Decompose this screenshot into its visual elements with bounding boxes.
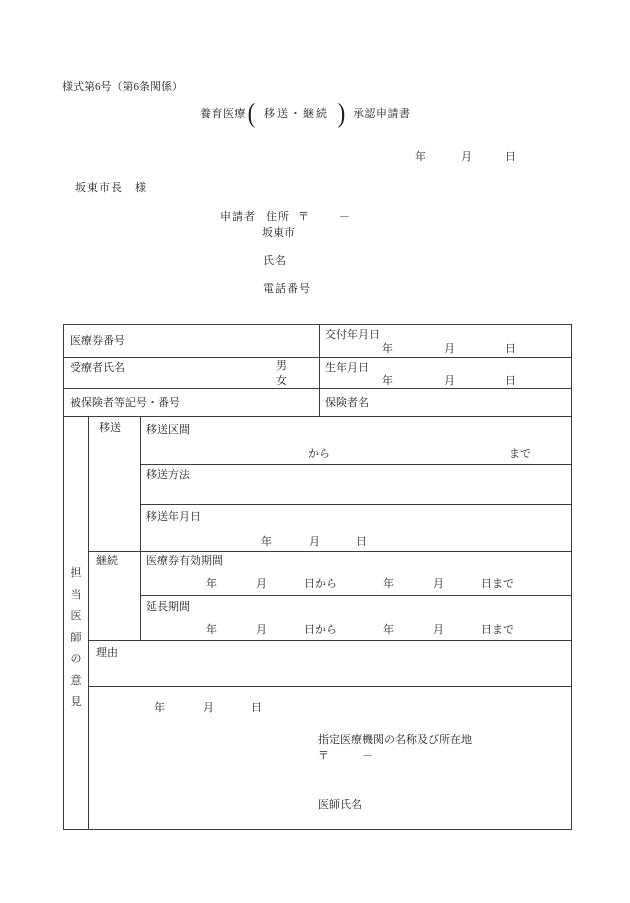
issue-date-label: 交付年月日 <box>325 329 380 342</box>
transfer-date-year-label: 年 <box>261 536 272 549</box>
application-date-day-label: 日 <box>505 151 516 164</box>
cell-transfer-method: 移送方法 <box>141 465 572 505</box>
extension-start-month-label: 月 <box>256 624 267 637</box>
cell-transfer: 移送 <box>89 417 141 552</box>
validity-start-dayfrom-label: 日から <box>304 578 337 591</box>
sex-female-label: 女 <box>276 375 287 388</box>
title-inner: 移送・継続 <box>264 108 329 121</box>
validity-start-month-label: 月 <box>256 578 267 591</box>
transfer-date-label: 移送年月日 <box>146 511 201 524</box>
extension-period-label: 延長期間 <box>146 601 190 614</box>
transfer-method-label: 移送方法 <box>146 469 190 482</box>
cell-doctor-opinion: 担当医師の意見 <box>64 417 89 830</box>
continuation-label: 継続 <box>96 555 118 568</box>
signature-date-month-label: 月 <box>203 702 214 715</box>
doctor-opinion-label: 担当医師の意見 <box>70 563 82 714</box>
applicant-city: 坂東市 <box>262 227 295 240</box>
title-prefix: 養育医療 <box>200 108 246 121</box>
title-suffix: 承認申請書 <box>353 108 411 121</box>
applicant-phone-label: 電話番号 <box>263 283 311 296</box>
form-page: 様式第6号（第6条関係） 養育医療 ( 移送・継続 ) 承認申請書 年 月 日 … <box>0 0 630 903</box>
cell-insured-symbol-no: 被保険者等記号・番号 <box>64 389 320 417</box>
transfer-from-label: から <box>308 448 330 461</box>
form-title: 養育医療 ( 移送・継続 ) 承認申請書 <box>200 99 411 129</box>
insured-symbol-no-label: 被保険者等記号・番号 <box>70 397 180 410</box>
validity-end-year-label: 年 <box>383 578 394 591</box>
cell-birth-date: 生年月日 年 月 日 <box>320 358 572 389</box>
issue-date-month-label: 月 <box>444 343 455 356</box>
extension-end-year-label: 年 <box>383 624 394 637</box>
reason-label: 理由 <box>96 647 118 660</box>
birth-date-day-label: 日 <box>505 375 516 388</box>
cell-continuation: 継続 <box>89 552 141 641</box>
transfer-to-label: まで <box>509 448 531 461</box>
cell-transfer-section: 移送区間 から まで <box>141 417 572 465</box>
cell-validity-period: 医療券有効期間 年 月 日から 年 月 日まで <box>141 552 572 596</box>
cell-issue-date: 交付年月日 年 月 日 <box>320 325 572 358</box>
insurer-name-label: 保険者名 <box>325 397 369 410</box>
applicant-address-label: 住所 <box>266 211 290 224</box>
applicant-postal-mark: 〒 <box>298 211 309 224</box>
birth-date-month-label: 月 <box>444 375 455 388</box>
validity-start-year-label: 年 <box>206 578 217 591</box>
signature-date-day-label: 日 <box>251 702 262 715</box>
cell-insurer-name: 保険者名 <box>320 389 572 417</box>
issue-date-year-label: 年 <box>382 343 393 356</box>
validity-end-dayto-label: 日まで <box>481 578 514 591</box>
extension-start-year-label: 年 <box>206 624 217 637</box>
form-number: 様式第6号（第6条関係） <box>62 81 183 94</box>
issue-date-day-label: 日 <box>505 343 516 356</box>
extension-end-dayto-label: 日まで <box>481 624 514 637</box>
applicant-name-label: 氏名 <box>263 255 287 268</box>
institution-label: 指定医療機関の名称及び所在地 <box>318 734 472 747</box>
cell-medical-ticket-no: 医療券番号 <box>64 325 320 358</box>
application-form-table: 医療券番号 交付年月日 年 月 日 受療者氏名 男 女 生年月日 年 月 日 <box>63 324 572 830</box>
extension-end-month-label: 月 <box>433 624 444 637</box>
addressee: 坂東市長 様 <box>75 182 147 195</box>
application-date-month-label: 月 <box>461 151 472 164</box>
cell-transfer-date: 移送年月日 年 月 日 <box>141 505 572 552</box>
institution-postal-dash: － <box>362 750 373 763</box>
cell-extension-period: 延長期間 年 月 日から 年 月 日まで <box>141 596 572 641</box>
cell-reason: 理由 <box>89 641 572 687</box>
application-date-year-label: 年 <box>415 151 426 164</box>
sex-male-label: 男 <box>276 360 287 373</box>
title-paren-close: ) <box>338 100 346 127</box>
validity-end-month-label: 月 <box>433 578 444 591</box>
transfer-section-label: 移送区間 <box>146 424 190 437</box>
transfer-date-day-label: 日 <box>356 536 367 549</box>
signature-date-year-label: 年 <box>154 702 165 715</box>
cell-doctor-signature: 年 月 日 指定医療機関の名称及び所在地 〒 － 医師氏名 <box>89 687 572 830</box>
extension-start-dayfrom-label: 日から <box>304 624 337 637</box>
title-paren-open: ( <box>248 100 256 127</box>
transfer-date-month-label: 月 <box>309 536 320 549</box>
institution-postal-mark: 〒 <box>318 750 329 763</box>
medical-ticket-no-label: 医療券番号 <box>70 335 125 348</box>
doctor-name-label: 医師氏名 <box>318 799 362 812</box>
applicant-label: 申請者 <box>220 211 256 224</box>
applicant-postal-dash: － <box>339 211 350 224</box>
transfer-label: 移送 <box>99 422 121 435</box>
patient-name-label: 受療者氏名 <box>70 362 125 375</box>
birth-date-year-label: 年 <box>382 375 393 388</box>
validity-period-label: 医療券有効期間 <box>146 555 223 568</box>
birth-date-label: 生年月日 <box>325 362 369 375</box>
cell-patient-name: 受療者氏名 男 女 <box>64 358 320 389</box>
